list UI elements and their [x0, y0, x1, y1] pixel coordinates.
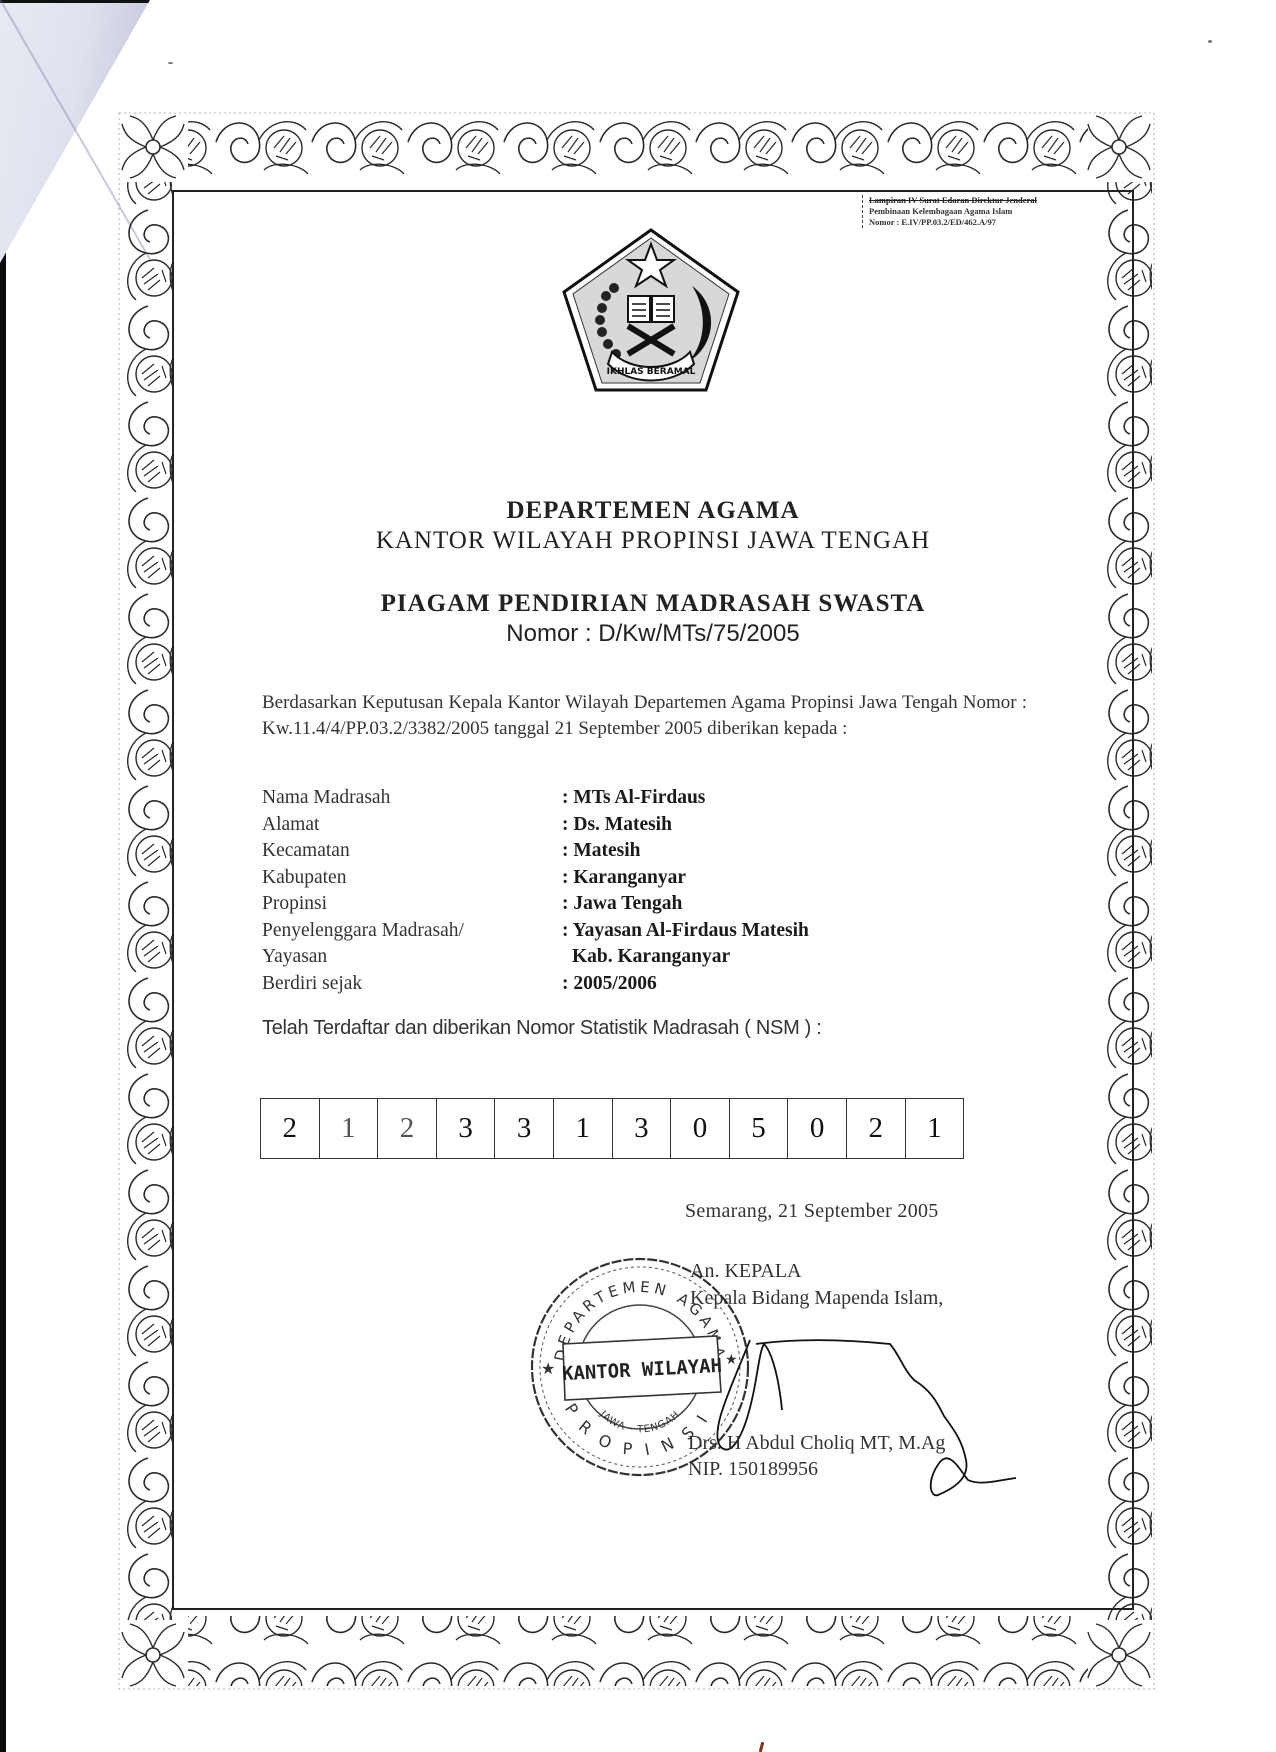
field-value: : Jawa Tengah [562, 891, 1012, 917]
department-name: DEPARTEMEN AGAMA [172, 497, 1134, 525]
field-value: : Karanganyar [562, 865, 1012, 891]
nsm-digit-box: 3 [613, 1099, 672, 1158]
nsm-digit-box: 0 [788, 1099, 847, 1158]
nsm-label: Telah Terdaftar dan diberikan Nomor Stat… [262, 1017, 822, 1040]
nsm-digit-box: 1 [906, 1099, 964, 1158]
field-label: Nama Madrasah [262, 785, 562, 811]
signatory-nip: NIP. 150189956 [688, 1456, 945, 1482]
nsm-digit-box: 1 [554, 1099, 613, 1158]
nsm-digit-box: 5 [730, 1099, 789, 1158]
nsm-digit-box: 2 [261, 1099, 320, 1158]
stamp-star-left: ★ [541, 1361, 555, 1378]
nsm-digit-box: 1 [320, 1099, 379, 1158]
nsm-number-boxes: 212331305021 [260, 1098, 964, 1159]
nsm-digit-box: 3 [437, 1099, 496, 1158]
stamp-lower-arc: JAWA - TENGAH [597, 1408, 683, 1435]
intro-paragraph: Berdasarkan Keputusan Kepala Kantor Wila… [262, 690, 1027, 742]
signatory-block: Drs. H Abdul Choliq MT, M.Ag NIP. 150189… [688, 1430, 945, 1482]
regional-office-name: KANTOR WILAYAH PROPINSI JAWA TENGAH [172, 527, 1134, 555]
field-label: Kecamatan [262, 838, 562, 864]
field-label: Kabupaten [262, 865, 562, 891]
field-label: Berdiri sejak [262, 971, 562, 997]
document-number: Nomor : D/Kw/MTs/75/2005 [172, 620, 1134, 648]
field-value: Kab. Karanganyar [562, 944, 1022, 970]
signatory-name: Drs. H Abdul Choliq MT, M.Ag [688, 1430, 945, 1456]
field-label: Alamat [262, 812, 562, 838]
nsm-digit-box: 2 [847, 1099, 906, 1158]
emblem-motto: IKHLAS BERAMAL [607, 367, 696, 377]
nsm-digit-box: 0 [671, 1099, 730, 1158]
field-value: : 2005/2006 [562, 971, 1012, 997]
scan-speck [168, 62, 173, 64]
field-label: Yayasan [262, 944, 562, 970]
nsm-digit-box: 2 [378, 1099, 437, 1158]
annex-line-3: Nomor : E.IV/PP.03.2/ED/462.A/97 [869, 217, 1139, 228]
place-date: Semarang, 21 September 2005 [685, 1200, 939, 1223]
annex-reference: Lampiran IV Surat Edaran Direktur Jender… [862, 195, 1139, 228]
scan-edge [0, 0, 6, 1752]
scan-speck [1208, 40, 1212, 43]
nsm-digit-box: 3 [495, 1099, 554, 1158]
field-value: : MTs Al-Firdaus [562, 785, 1012, 811]
document-title: PIAGAM PENDIRIAN MADRASAH SWASTA [172, 590, 1134, 618]
field-label: Penyelenggara Madrasah/ [262, 918, 562, 944]
field-value: : Yayasan Al-Firdaus Matesih [562, 918, 1012, 944]
ministry-emblem-icon: IKHLAS BERAMAL [560, 226, 742, 394]
field-value: : Matesih [562, 838, 1012, 864]
field-value: : Ds. Matesih [562, 812, 1012, 838]
annex-line-1: Lampiran IV Surat Edaran Direktur Jender… [869, 195, 1139, 206]
margin-mark [759, 1742, 764, 1752]
field-label: Propinsi [262, 891, 562, 917]
annex-line-2: Pembinaan Kelembagaan Agama Islam [869, 206, 1139, 217]
